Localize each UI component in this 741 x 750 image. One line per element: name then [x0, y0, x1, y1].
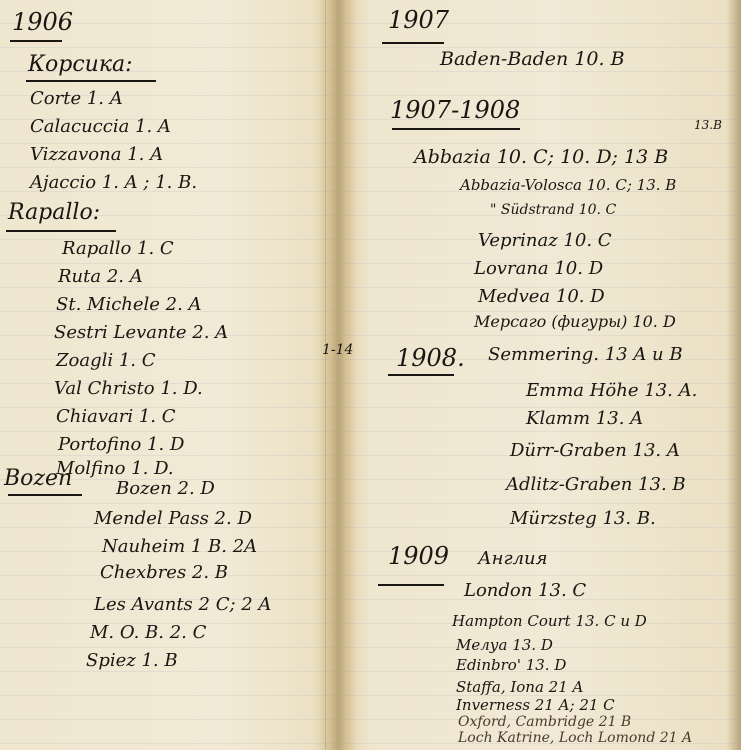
entry: Sestri Levante 2. A	[54, 322, 228, 343]
entry: London 13. C	[464, 580, 586, 601]
entry: Calacuccia 1. A	[30, 116, 171, 137]
entry-baden: Baden-Baden 10. B	[440, 48, 625, 70]
notebook-spread: 1906 Корсика: Corte 1. A Calacuccia 1. A…	[0, 0, 741, 750]
entry: M. O. B. 2. C	[90, 622, 206, 643]
entry: Edinbro' 13. D	[456, 656, 566, 674]
underline	[8, 494, 82, 496]
margin-note: 1-14	[322, 342, 353, 358]
entry: Nauheim 1 B. 2A	[102, 536, 257, 557]
year-1908: 1908.	[396, 344, 465, 372]
entry: Semmering. 13 A u B	[488, 344, 683, 365]
entry: Loch Katrine, Loch Lomond 21 A	[458, 730, 692, 746]
entry: Klamm 13. A	[526, 408, 643, 429]
entry: Mürzsteg 13. B.	[510, 508, 656, 529]
section-heading-rapallo: Rapallo:	[8, 200, 100, 225]
entry: Rapallo 1. C	[62, 238, 174, 259]
entry: St. Michele 2. A	[56, 294, 202, 315]
entry: Chiavari 1. C	[56, 406, 176, 427]
entry: Oxford, Cambridge 21 B	[458, 714, 631, 730]
entry: Hampton Court 13. C u D	[452, 612, 647, 630]
entry: Corte 1. A	[30, 88, 123, 109]
entry: Ajaccio 1. A ; 1. B.	[30, 172, 197, 193]
entry: Spiez 1. B	[86, 650, 178, 671]
entry: Abbazia 10. C; 10. D; 13 B	[414, 146, 668, 168]
entry: Мелуа 13. D	[456, 636, 553, 654]
entry: Staffa, Iona 21 A	[456, 678, 583, 696]
underline	[392, 128, 520, 130]
right-page: 1907 Baden-Baden 10. B 1907-1908 13.B Ab…	[370, 0, 741, 750]
entry: Chexbres 2. B	[100, 562, 228, 583]
underline	[6, 230, 116, 232]
entry: Мерсаго (фигуры) 10. D	[474, 312, 676, 331]
entry: Mendel Pass 2. D	[94, 508, 252, 529]
entry: Emma Höhe 13. A.	[526, 380, 697, 401]
entry: Bozen 2. D	[116, 478, 215, 499]
entry: Vizzavona 1. A	[30, 144, 163, 165]
year-1907: 1907	[388, 6, 449, 34]
entry: Portofino 1. D	[58, 434, 184, 455]
entry: Val Christo 1. D.	[54, 378, 203, 399]
entry: Dürr-Graben 13. A	[510, 440, 680, 461]
entry: Adlitz-Graben 13. B	[506, 474, 686, 495]
year-1907-1908: 1907-1908	[390, 96, 520, 124]
entry: Molfino 1. D.	[56, 458, 174, 479]
left-page: 1906 Корсика: Corte 1. A Calacuccia 1. A…	[0, 0, 330, 750]
underline	[10, 40, 62, 42]
section-heading-bozen: Bozen	[4, 466, 72, 491]
heading-1909: Англия	[478, 548, 548, 569]
entry: Zoagli 1. C	[56, 350, 156, 371]
margin-note: 13.B	[694, 118, 722, 132]
entry: Inverness 21 A; 21 C	[456, 696, 615, 714]
entry: Ruta 2. A	[58, 266, 143, 287]
section-heading-korsika: Корсика:	[28, 52, 133, 77]
underline	[382, 42, 444, 44]
entry: Abbazia-Volosca 10. C; 13. B	[460, 176, 676, 194]
year-1906: 1906	[12, 8, 73, 36]
underline	[378, 584, 444, 586]
entry: Lovrana 10. D	[474, 258, 603, 279]
underline	[388, 374, 454, 376]
entry: Veprinaz 10. C	[478, 230, 612, 251]
year-1909: 1909	[388, 542, 449, 570]
entry: Medvea 10. D	[478, 286, 605, 307]
entry: Les Avants 2 C; 2 A	[94, 594, 271, 615]
entry: " Südstrand 10. C	[490, 202, 616, 218]
underline	[26, 80, 156, 82]
